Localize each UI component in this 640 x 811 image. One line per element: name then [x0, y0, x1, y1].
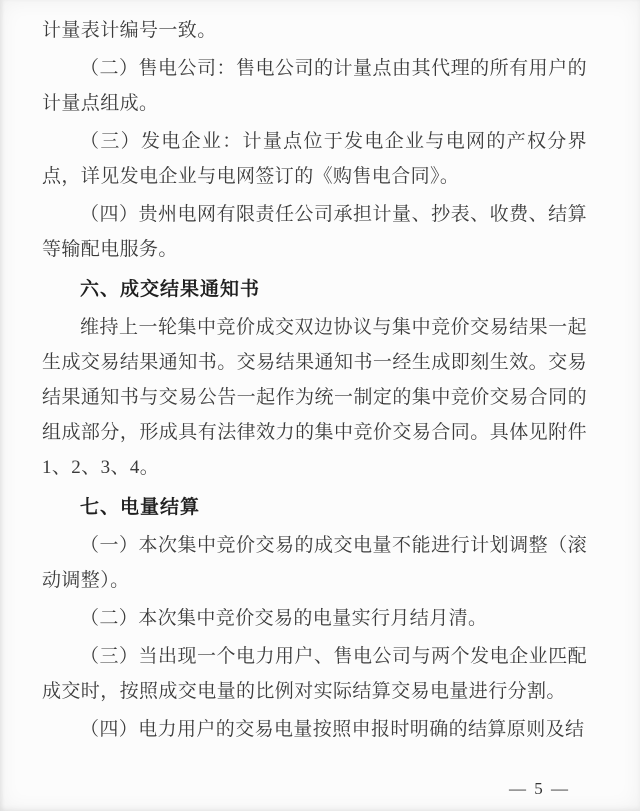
paragraph-continuation-meter-numbering: 计量表计编号一致。 — [42, 13, 587, 48]
paragraph-item-2-monthly-settlement: （二）本次集中竞价交易的电量实行月结月清。 — [42, 601, 587, 636]
paragraph-item-4-user-volume: （四）电力用户的交易电量按照申报时明确的结算原则及结 — [42, 712, 587, 747]
paragraph-item-4-grid-company: （四）贵州电网有限责任公司承担计量、抄表、收费、结算等输配电服务。 — [42, 197, 587, 267]
paragraph-item-3-volume-split: （三）当出现一个电力用户、售电公司与两个发电企业匹配成交时，按照成交电量的比例对… — [42, 639, 587, 709]
paragraph-item-3-generation-enterprise: （三）发电企业：计量点位于发电企业与电网的产权分界点，详见发电企业与电网签订的《… — [42, 124, 587, 194]
section-heading-six-result-notice: 六、成交结果通知书 — [42, 272, 587, 307]
paragraph-item-2-sale-company: （二）售电公司：售电公司的计量点由其代理的所有用户的计量点组成。 — [42, 51, 587, 121]
document-page: 计量表计编号一致。 （二）售电公司：售电公司的计量点由其代理的所有用户的计量点组… — [0, 0, 640, 811]
page-number: — 5 — — [509, 779, 570, 799]
document-body: 计量表计编号一致。 （二）售电公司：售电公司的计量点由其代理的所有用户的计量点组… — [42, 0, 587, 747]
paragraph-result-notice-body: 维持上一轮集中竞价成交双边协议与集中竞价交易结果一起生成交易结果通知书。交易结果… — [42, 310, 587, 485]
paragraph-item-1-no-adjustment: （一）本次集中竞价交易的成交电量不能进行计划调整（滚动调整）。 — [42, 528, 587, 598]
section-heading-seven-settlement: 七、电量结算 — [42, 490, 587, 525]
